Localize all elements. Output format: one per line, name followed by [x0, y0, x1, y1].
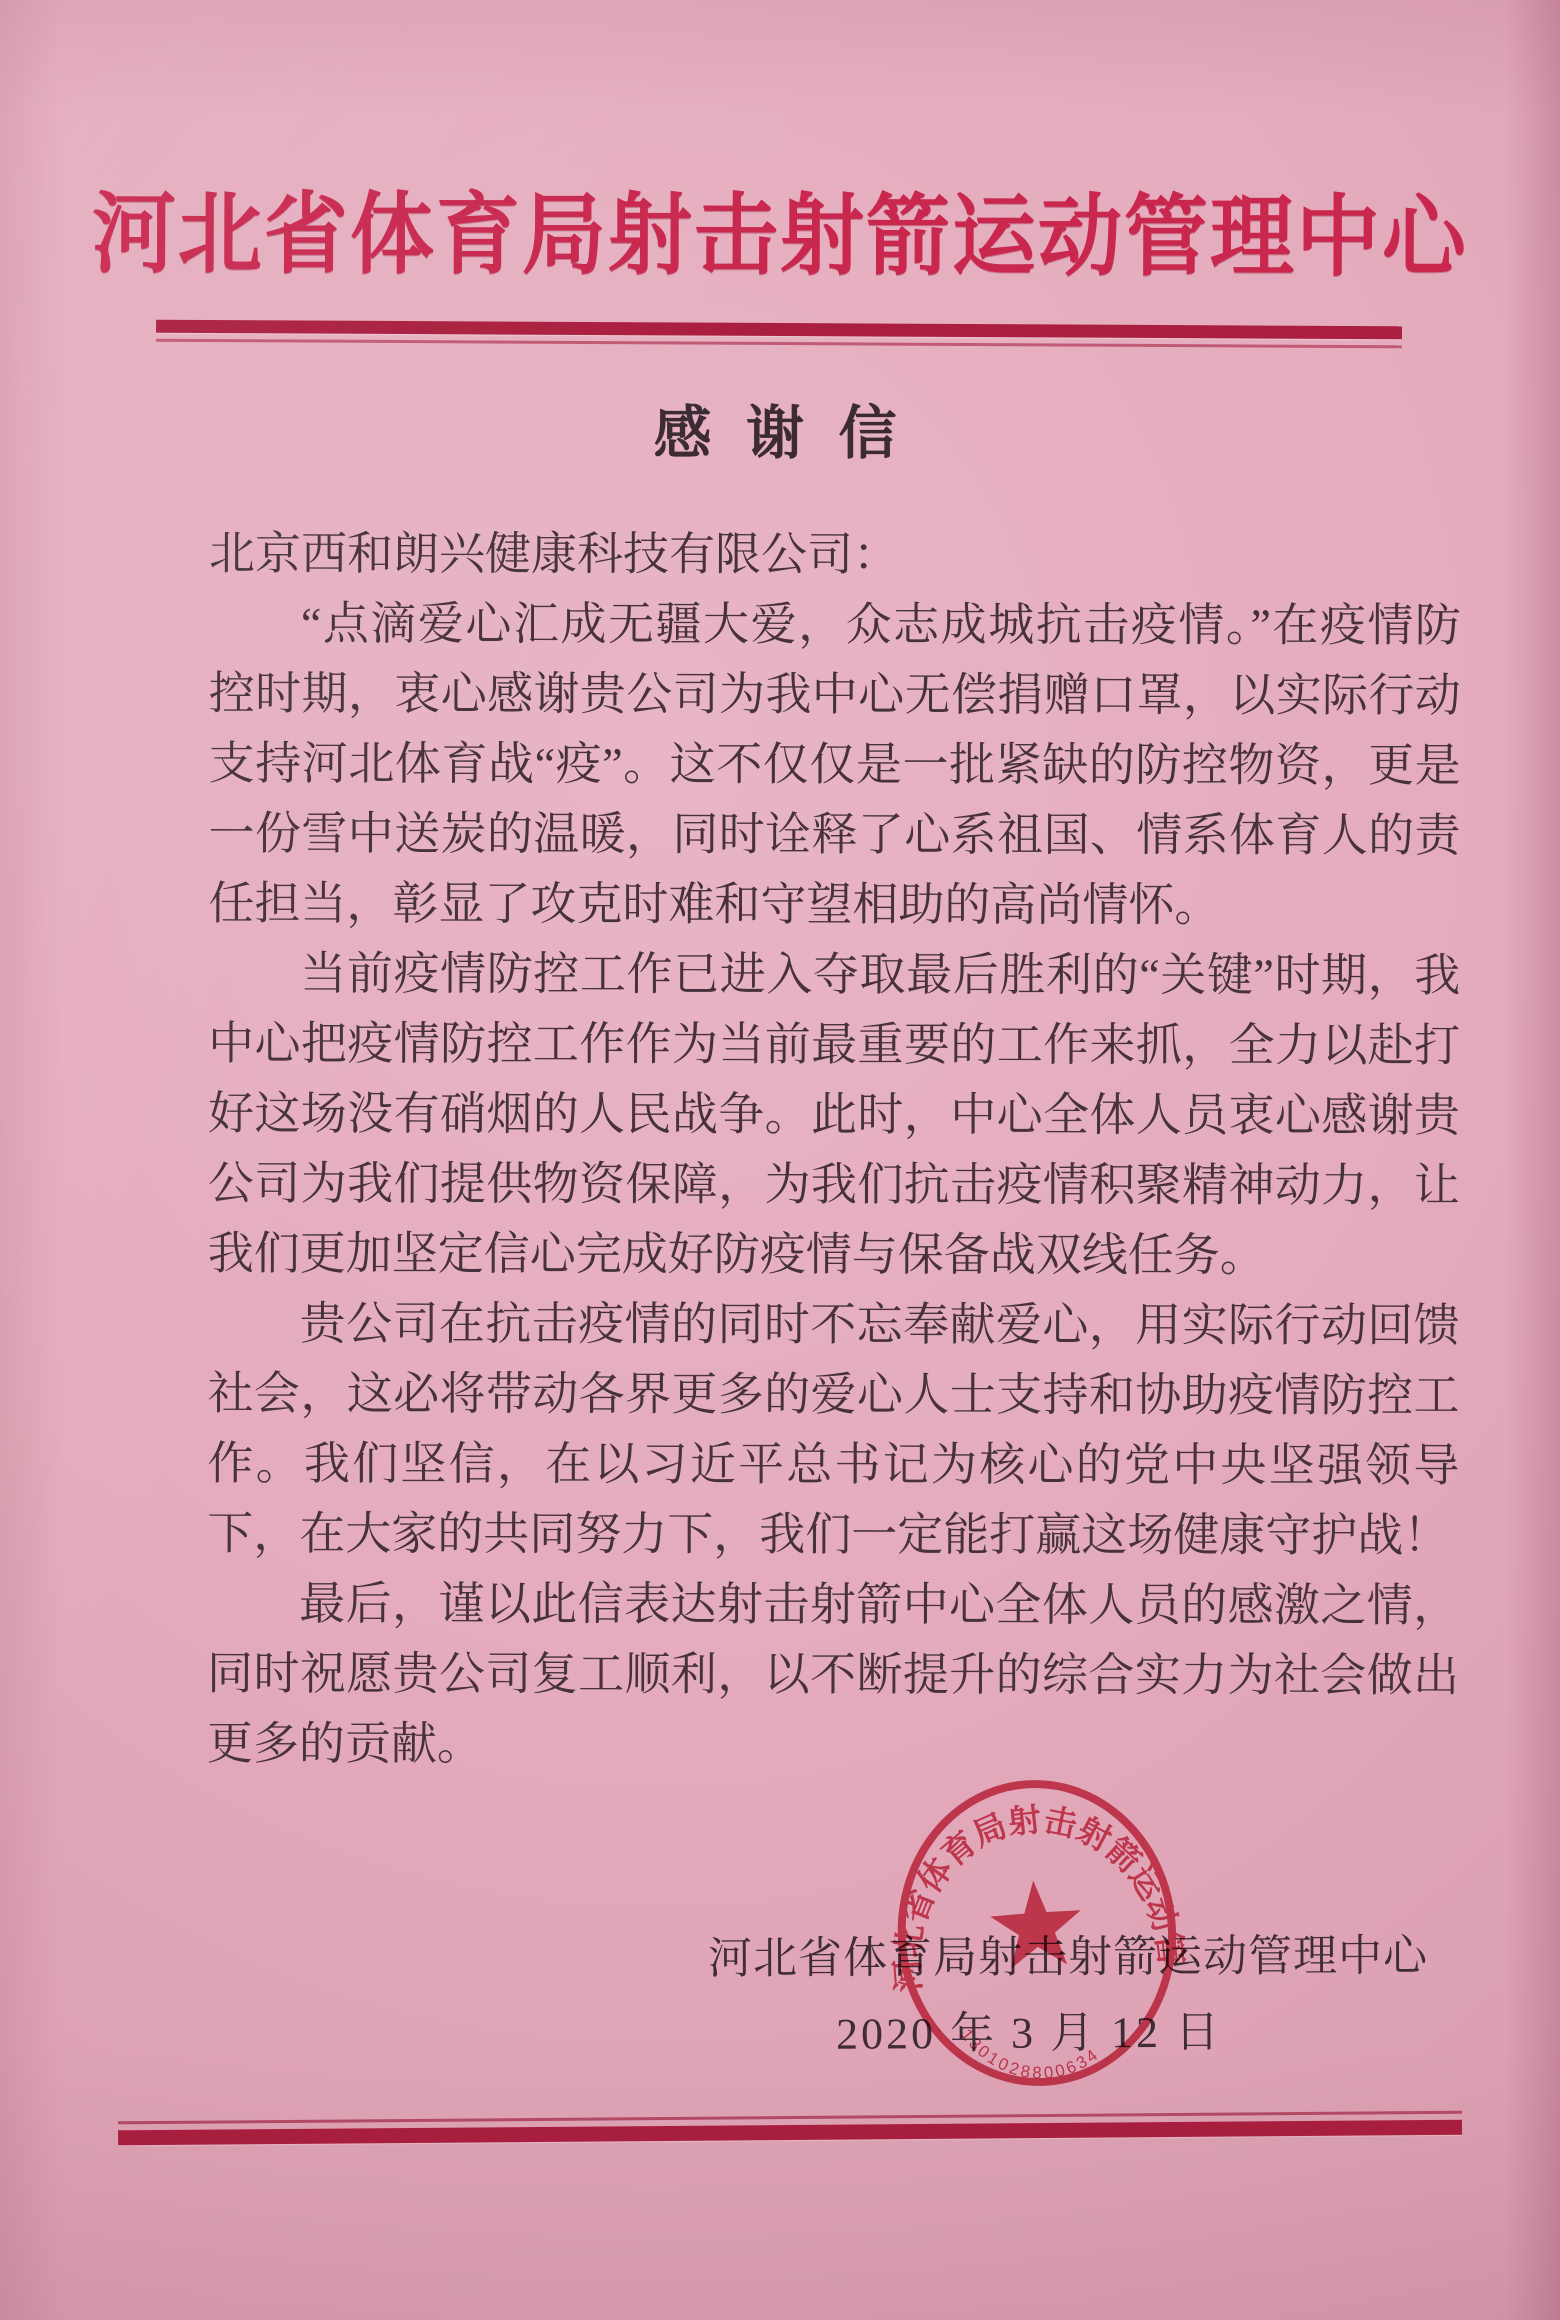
seal-star-icon: [988, 1877, 1085, 1969]
paragraph-1: “点滴爱心汇成无疆大爱，众志成城抗击疫情。”在疫情防控时期，衷心感谢贵公司为我中…: [208, 589, 1461, 941]
letter-title: 感 谢 信: [0, 386, 1560, 470]
paragraph-2: 当前疫情防控工作已进入夺取最后胜利的“关键”时期，我中心把疫情防控工作作为当前最…: [208, 939, 1461, 1291]
svg-text:河北省体育局射击射箭运动管理中心: 河北省体育局射击射箭运动管理中心: [877, 1760, 1190, 1994]
official-seal: 河北省体育局射击射箭运动管理中心 1301028800634: [877, 1760, 1197, 2110]
paragraph-3: 贵公司在抗击疫情的同时不忘奉献爱心，用实际行动回馈社会，这必将带动各界更多的爱心…: [207, 1289, 1459, 1571]
letter-page: 河北省体育局射击射箭运动管理中心 感 谢 信 北京西和朗兴健康科技有限公司： “…: [0, 0, 1560, 2320]
seal-arc-text: 河北省体育局射击射箭运动管理中心: [877, 1760, 1190, 1994]
paragraph-4: 最后，谨以此信表达射击射箭中心全体人员的感激之情，同时祝愿贵公司复工顺利，以不断…: [207, 1569, 1459, 1781]
letter-date: 2020 年 3 月 12 日: [0, 1994, 1560, 2066]
letter-body: 北京西和朗兴健康科技有限公司： “点滴爱心汇成无疆大爱，众志成城抗击疫情。”在疫…: [207, 519, 1461, 1781]
header-double-rule: [156, 320, 1402, 349]
footer-rule-thick: [118, 2120, 1462, 2146]
signature-org-name: 河北省体育局射击射箭运动管理中心: [0, 1919, 1560, 1990]
letterhead-org-name: 河北省体育局射击射箭运动管理中心: [0, 162, 1560, 294]
salutation: 北京西和朗兴健康科技有限公司：: [209, 519, 1461, 591]
header-rule-thin: [156, 339, 1402, 349]
footer-double-rule: [118, 2111, 1462, 2146]
header-rule-thick: [156, 320, 1402, 340]
